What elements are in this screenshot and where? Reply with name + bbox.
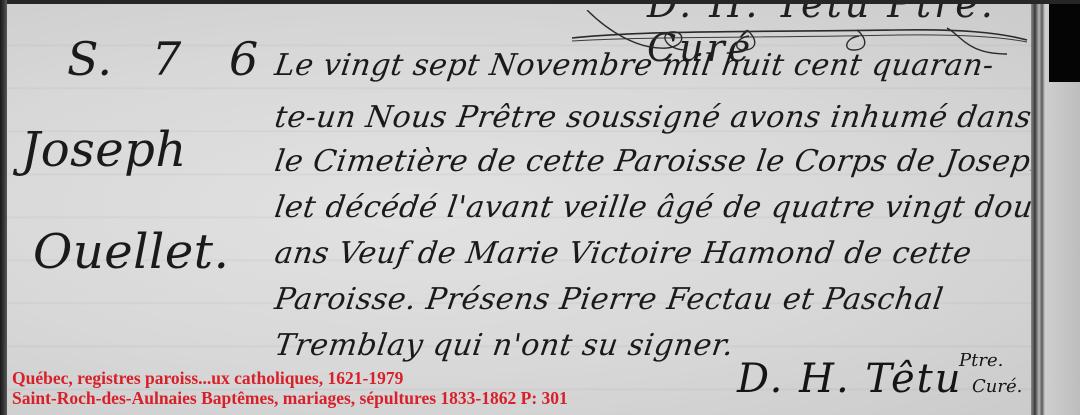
signature-title-cure: Curé. xyxy=(972,376,1022,397)
margin-last-name: Ouellet. xyxy=(33,224,229,280)
signature-title-ptre: Ptre. xyxy=(959,350,1003,371)
scan-frame-left xyxy=(0,0,7,415)
record-line-5: ans Veuf de Marie Victoire Hamond de cet… xyxy=(273,236,974,271)
collection-caption: Québec, registres paroiss...ux catholiqu… xyxy=(12,368,403,388)
register-caption: Saint-Roch-des-Aulnaies Baptêmes, mariag… xyxy=(12,388,568,408)
record-type-letter: S. xyxy=(67,32,113,86)
record-line-6: Paroisse. Présens Pierre Fectau et Pasch… xyxy=(273,282,946,317)
binding-shadow xyxy=(1049,4,1080,82)
priest-signature: D. H. Têtu xyxy=(737,356,962,402)
record-line-4: let décédé l'avant veille âgé de quatre … xyxy=(273,190,1031,225)
record-line-2: te-un Nous Prêtre soussigné avons inhumé… xyxy=(273,100,1031,135)
record-line-7: Tremblay qui n'ont su signer. xyxy=(273,328,736,363)
record-line-3: le Cimetière de cette Paroisse le Corps … xyxy=(273,144,1031,179)
record-number-digit-2: 6 xyxy=(229,32,259,86)
record-number-digit-1: 7 xyxy=(152,32,182,86)
record-line-1: Le vingt sept Novembre mil huit cent qua… xyxy=(273,48,997,83)
register-page: D. H. Têtu Ptre. Curé S. 7 6 Joseph Ouel… xyxy=(7,4,1031,415)
margin-first-name: Joseph xyxy=(21,122,187,178)
